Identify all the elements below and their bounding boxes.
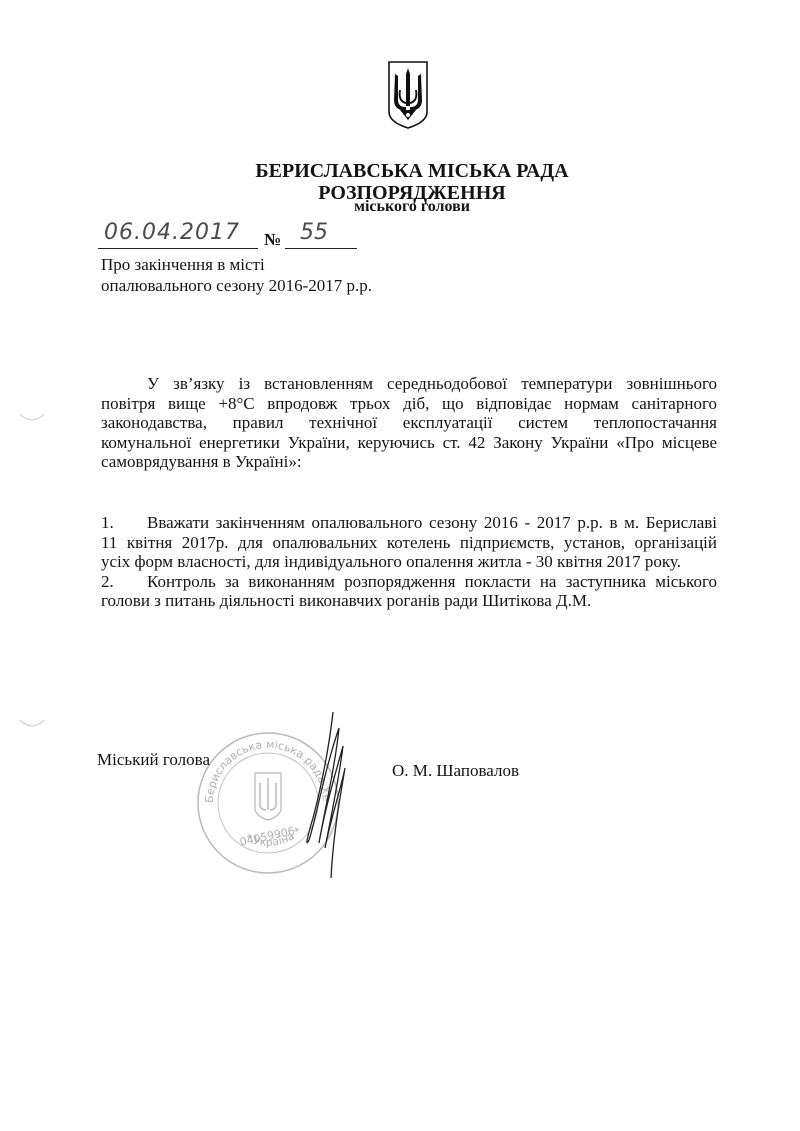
preamble-line: комунальної енергетики України, керуючис…	[101, 433, 717, 453]
number-sign: №	[264, 230, 281, 250]
preamble-line: У зв’язку із встановленням середньодобов…	[101, 374, 717, 394]
preamble-line: законодавства, правил технічної експлуат…	[101, 413, 717, 433]
item-1-line: 11 квітня 2017р. для опалювальних котеле…	[101, 533, 717, 553]
subject-line: опалювального сезону 2016-2017 р.р.	[101, 275, 372, 296]
preamble-line: повітря вище +8°С впродовж трьох діб, що…	[101, 394, 717, 414]
item-2-line: 2.Контроль за виконанням розпорядження п…	[101, 572, 717, 592]
item-number: 1.	[101, 513, 147, 533]
trident-coat-of-arms-icon	[387, 60, 429, 130]
handwritten-signature	[295, 708, 355, 883]
subject-line: Про закінчення в місті	[101, 254, 372, 275]
preamble-line: самоврядування в Україні»:	[101, 452, 717, 472]
organization-title: БЕРИСЛАВСЬКА МІСЬКА РАДА	[12, 160, 800, 183]
handwritten-date: 06.04.2017	[104, 220, 240, 245]
decision-items: 1.Вважати закінченням опалювального сезо…	[101, 513, 717, 611]
signatory-title: Міський голова	[97, 750, 210, 770]
item-1-line: 1.Вважати закінченням опалювального сезо…	[101, 513, 717, 533]
issuer-subtitle: міського голови	[12, 198, 800, 216]
punch-hole-mark-icon	[18, 412, 46, 424]
signatory-name: О. М. Шаповалов	[392, 761, 519, 781]
document-subject: Про закінчення в місті опалювального сез…	[101, 254, 372, 296]
preamble-paragraph: У зв’язку із встановленням середньодобов…	[101, 374, 717, 472]
punch-hole-mark-icon	[18, 718, 46, 730]
handwritten-number: 55	[300, 220, 328, 245]
item-number: 2.	[101, 572, 147, 592]
item-1-line: усіх форм власності, для індивідуального…	[101, 552, 717, 572]
item-2-line: голови з питань діяльності виконавчих ро…	[101, 591, 717, 611]
